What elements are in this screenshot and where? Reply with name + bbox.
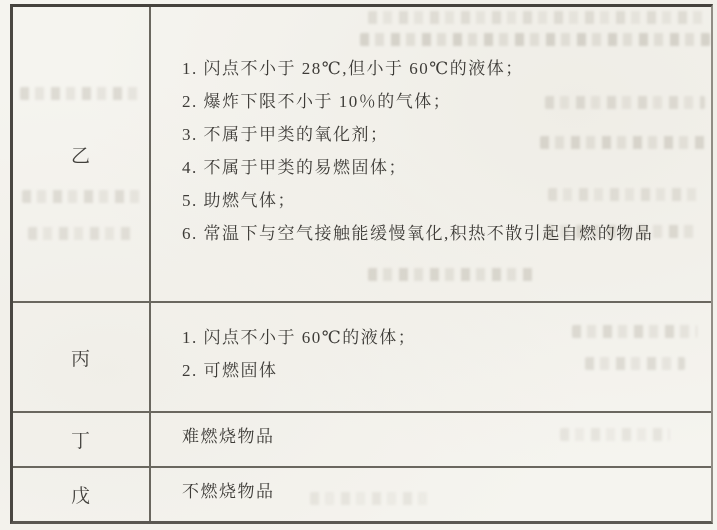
description-cell-bing: 1. 闪点不小于 60℃的液体； 2. 可燃固体 — [151, 303, 711, 413]
category-label: 丙 — [71, 344, 91, 371]
description-line: 5. 助燃气体； — [182, 184, 711, 217]
category-cell-bing: 丙 — [13, 303, 151, 413]
description-cell-ding: 难燃烧物品 — [151, 413, 711, 468]
description-line: 不燃烧物品 — [182, 475, 711, 508]
description-line: 6. 常温下与空气接触能缓慢氧化,积热不散引起自燃的物品 — [182, 217, 711, 250]
description-line: 2. 可燃固体 — [182, 354, 711, 387]
description-line: 难燃烧物品 — [182, 420, 711, 453]
description-cell-yi: 1. 闪点不小于 28℃,但小于 60℃的液体； 2. 爆炸下限不小于 10％的… — [151, 7, 711, 303]
category-label: 丁 — [71, 426, 91, 453]
category-cell-wu: 戊 — [13, 468, 151, 521]
description-line: 1. 闪点不小于 28℃,但小于 60℃的液体； — [182, 52, 711, 85]
category-cell-ding: 丁 — [13, 413, 151, 468]
description-line: 2. 爆炸下限不小于 10％的气体； — [182, 85, 711, 118]
description-line: 3. 不属于甲类的氧化剂； — [182, 118, 711, 151]
description-line: 1. 闪点不小于 60℃的液体； — [182, 321, 711, 354]
description-line: 4. 不属于甲类的易燃固体； — [182, 151, 711, 184]
category-cell-yi: 乙 — [13, 7, 151, 303]
description-cell-wu: 不燃烧物品 — [151, 468, 711, 521]
fire-hazard-classification-table: 乙 1. 闪点不小于 28℃,但小于 60℃的液体； 2. 爆炸下限不小于 10… — [10, 4, 713, 524]
scanned-document-page: 乙 1. 闪点不小于 28℃,但小于 60℃的液体； 2. 爆炸下限不小于 10… — [0, 0, 717, 530]
category-label: 乙 — [71, 141, 91, 168]
category-label: 戊 — [71, 481, 91, 508]
